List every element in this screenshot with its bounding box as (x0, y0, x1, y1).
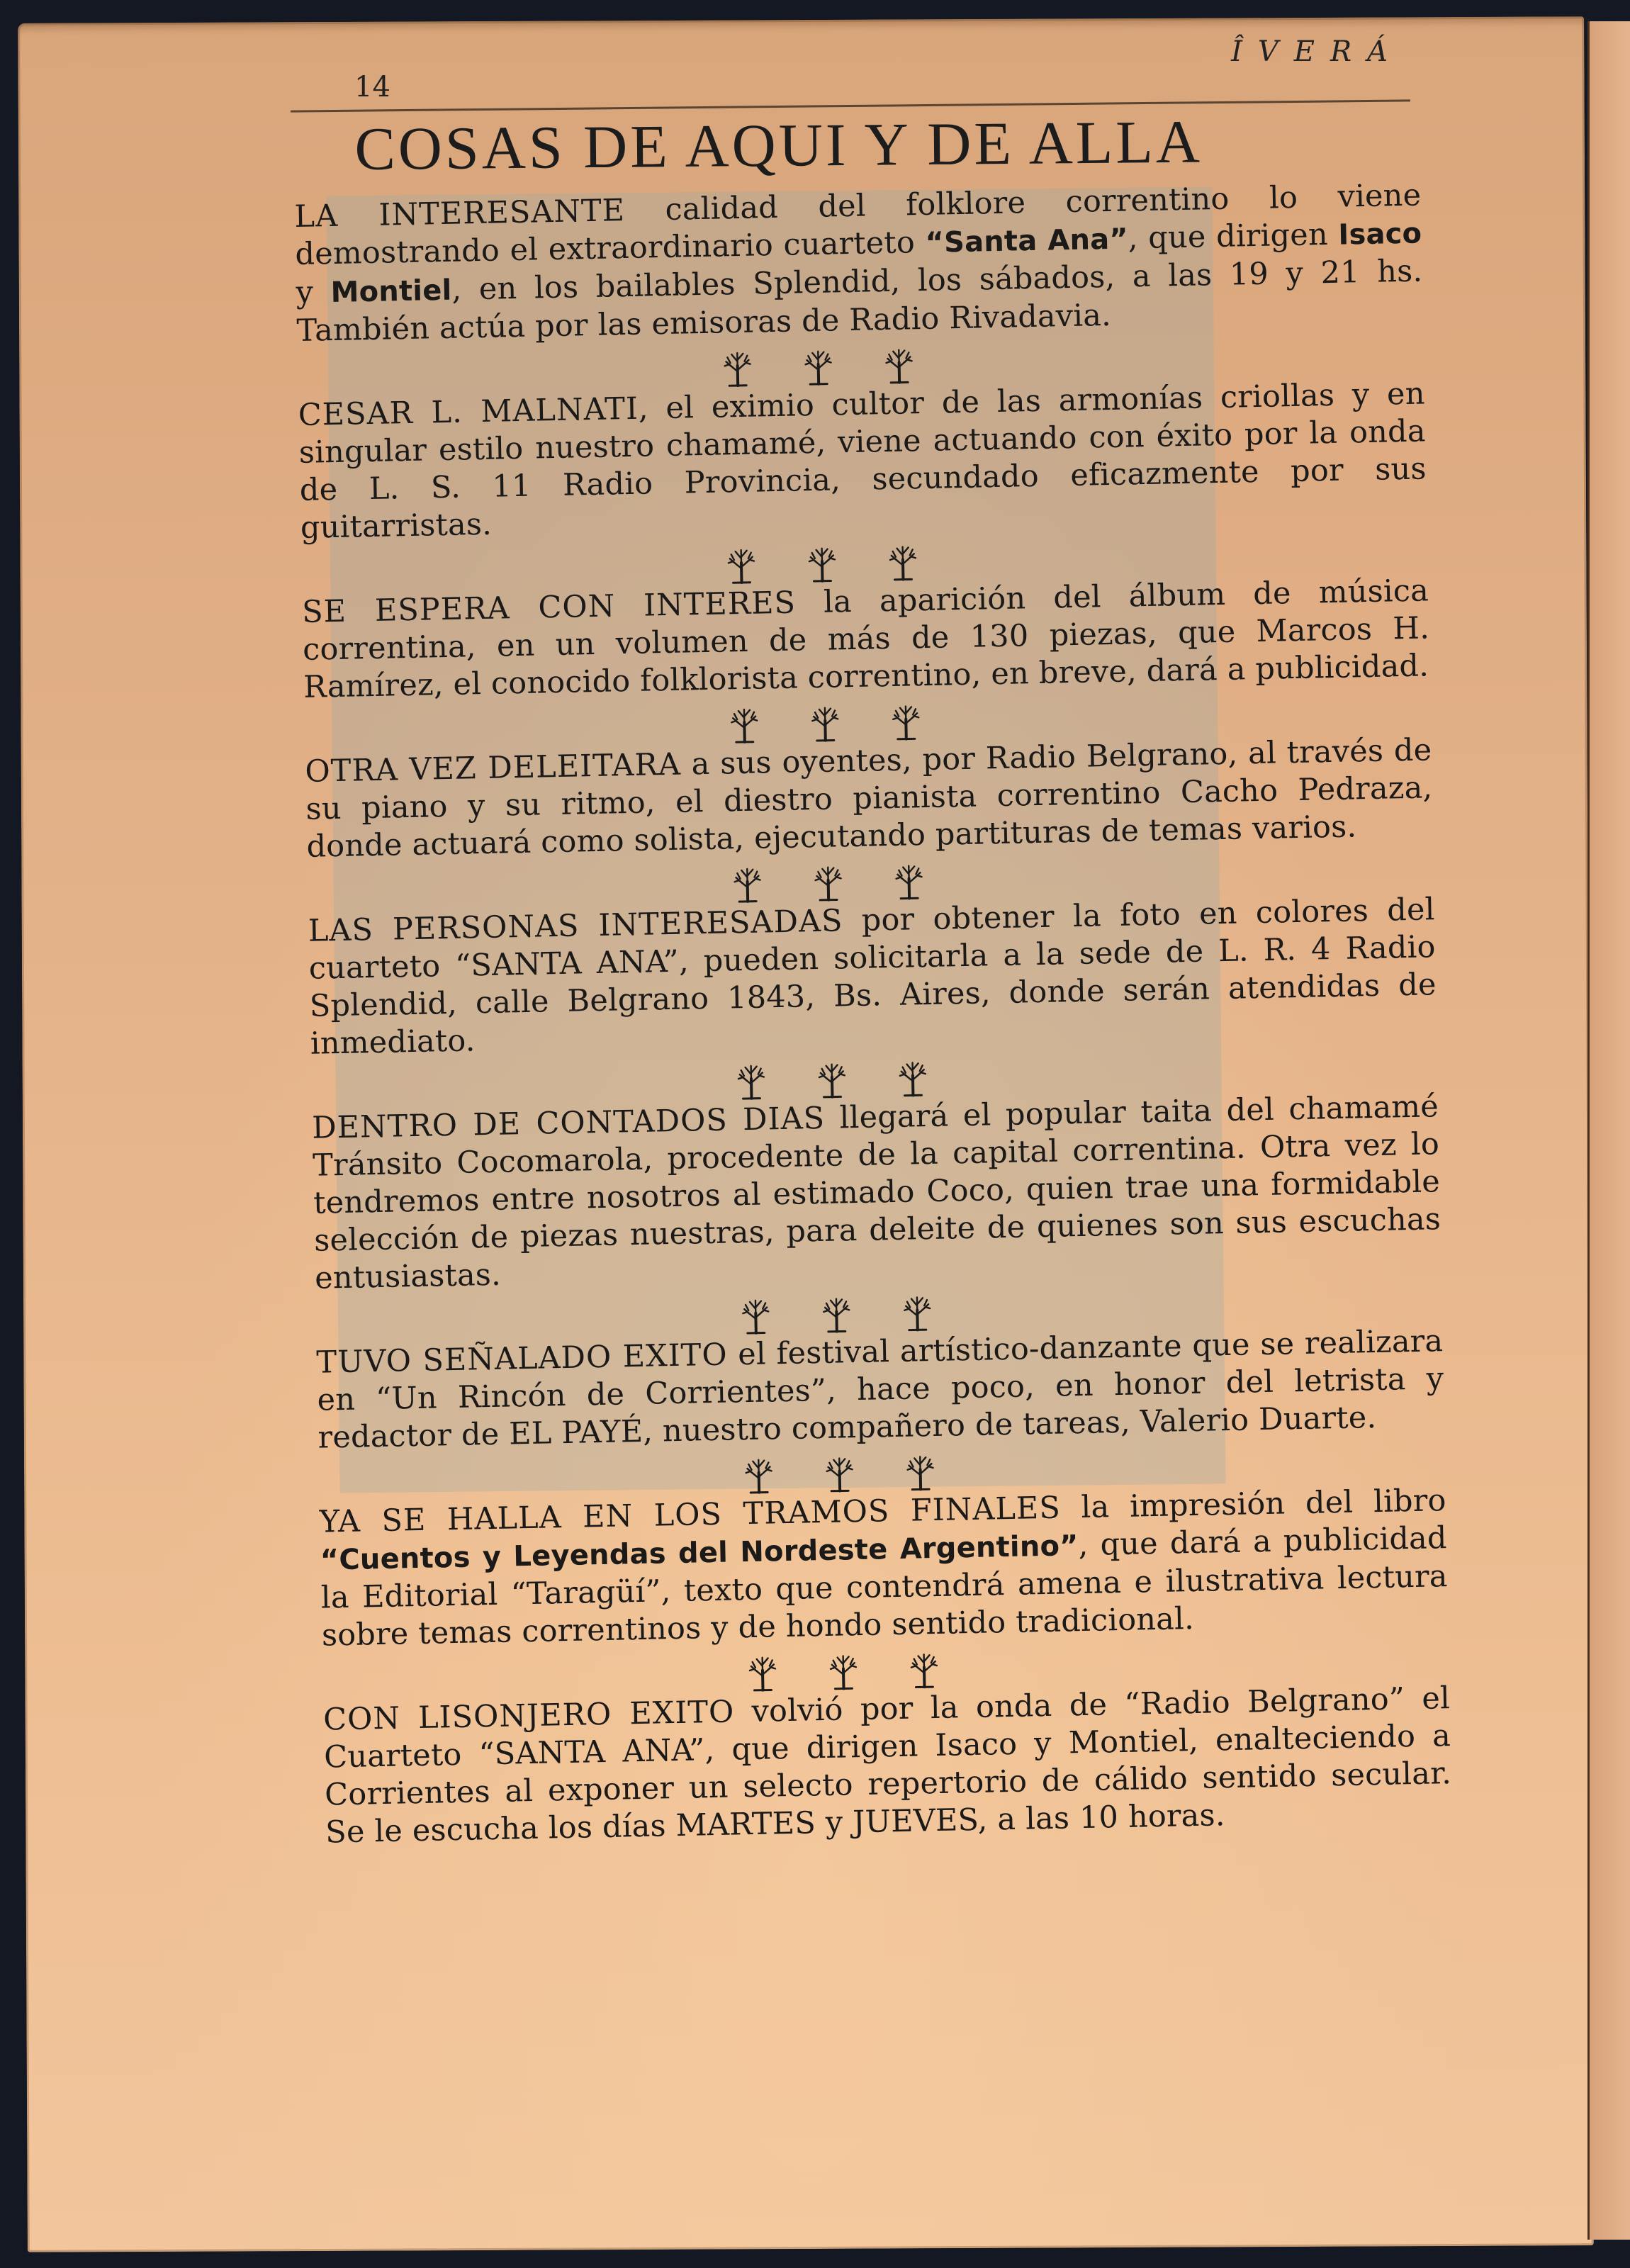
tree-ornament-icon (890, 703, 922, 741)
tree-ornament-icon (887, 544, 919, 581)
emphasized-text: Montiel (330, 274, 452, 309)
tree-ornament-icon (731, 865, 763, 903)
tree-ornament-icon (729, 707, 760, 744)
tree-ornament-icon (743, 1456, 775, 1494)
body-text: la impresión del libro (1060, 1483, 1446, 1525)
adjacent-page-edge (1587, 21, 1630, 2240)
news-item: SE ESPERA CON INTERES la aparición del á… (302, 572, 1431, 706)
news-item-lead: CON LISONJERO EXITO (323, 1694, 735, 1737)
news-item: LA INTERESANTE calidad del folklore corr… (294, 176, 1424, 349)
tree-ornament-icon (901, 1294, 933, 1332)
tree-ornament-icon (747, 1654, 779, 1692)
news-item-lead: CESAR L. MALNATI (298, 391, 639, 433)
article-title: COSAS DE AQUI Y DE ALLA (354, 106, 1203, 184)
news-item: LAS PERSONAS INTERESADAS por obtener la … (308, 891, 1437, 1062)
tree-ornament-icon (883, 347, 915, 384)
tree-ornament-icon (909, 1651, 940, 1689)
news-item-lead: LA INTERESANTE (294, 193, 625, 235)
news-item: TUVO SEÑALADO EXITO el festival artístic… (316, 1323, 1445, 1456)
body-text: , que dirigen (1128, 217, 1339, 257)
news-item-lead: OTRA VEZ DELEITARA (305, 747, 681, 790)
news-item-lead: TUVO SEÑALADO EXITO (316, 1337, 728, 1381)
tree-ornament-icon (736, 1062, 768, 1100)
article-body: LA INTERESANTE calidad del folklore corr… (294, 176, 1452, 1851)
news-item-lead: SE ESPERA CON INTERES (302, 585, 797, 630)
body-text: y (296, 274, 331, 310)
news-item: CON LISONJERO EXITO volvió por la onda d… (323, 1680, 1453, 1851)
tree-ornament-icon (896, 1060, 928, 1097)
tree-ornament-icon (904, 1454, 936, 1491)
tree-ornament-icon (809, 704, 841, 742)
tree-ornament-icon (893, 863, 925, 900)
tree-ornament-icon (740, 1297, 772, 1335)
tree-ornament-icon (828, 1653, 860, 1690)
tree-ornament-icon (806, 545, 838, 583)
news-item: DENTRO DE CONTADOS DIAS llegará el popul… (312, 1088, 1442, 1297)
emphasized-text: Isaco (1338, 217, 1422, 251)
tree-ornament-icon (812, 864, 844, 902)
tree-ornament-icon (726, 547, 758, 585)
tree-ornament-icon (824, 1455, 855, 1493)
news-item: YA SE HALLA EN LOS TRAMOS FINALES la imp… (319, 1482, 1449, 1654)
running-head: ÎVERÁ (1231, 35, 1403, 68)
tree-ornament-icon (802, 348, 834, 386)
news-item: CESAR L. MALNATI, el eximio cultor de la… (298, 375, 1427, 546)
tree-ornament-icon (721, 350, 753, 388)
news-item: OTRA VEZ DELEITARA a sus oyentes, por Ra… (305, 731, 1434, 865)
tree-ornament-icon (821, 1296, 853, 1333)
tree-ornament-icon (816, 1061, 848, 1099)
page-number: 14 (354, 71, 390, 103)
emphasized-text: “Santa Ana” (925, 223, 1128, 259)
